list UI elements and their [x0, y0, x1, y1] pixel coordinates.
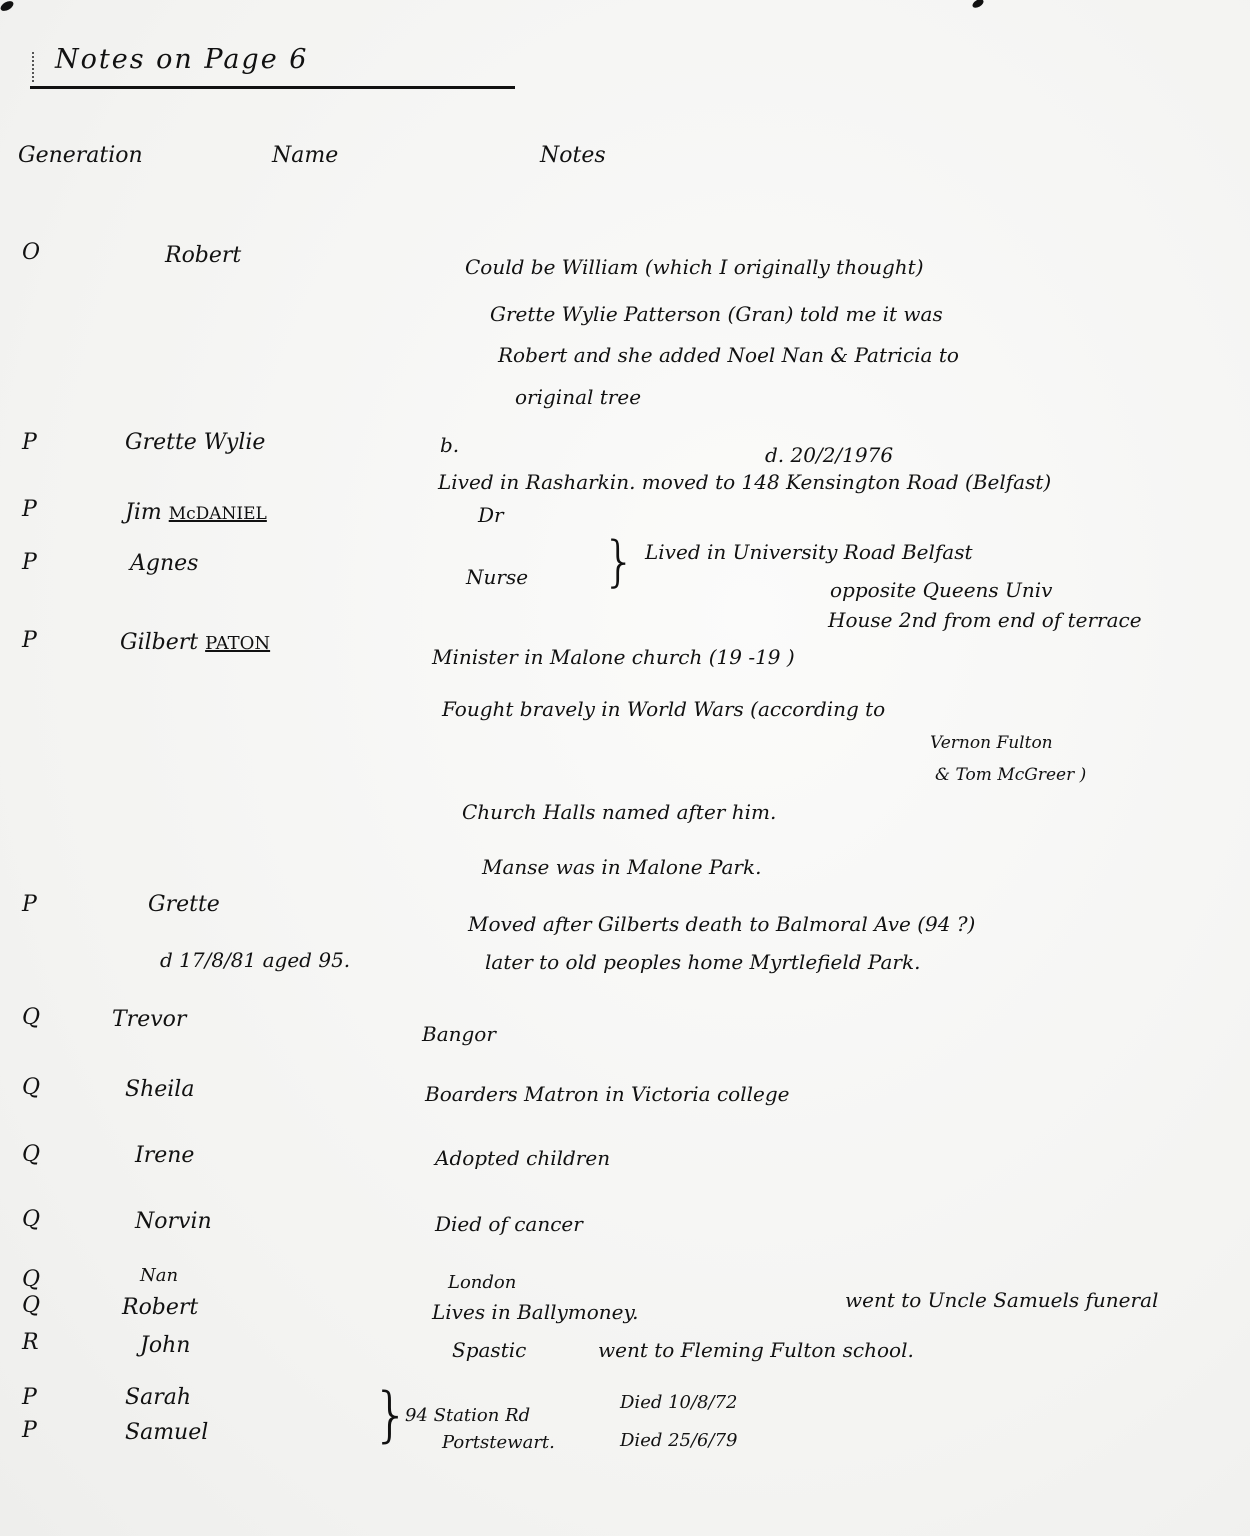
- header-notes: Notes: [540, 143, 606, 168]
- generation-cell: P: [22, 430, 37, 455]
- note-line: Lived in University Road Belfast: [645, 540, 973, 564]
- generation-cell: P: [22, 1385, 37, 1410]
- note-line: went to Uncle Samuels funeral: [845, 1288, 1158, 1312]
- note-line: Bangor: [422, 1022, 496, 1046]
- generation-cell: P: [22, 497, 37, 522]
- note-line: Boarders Matron in Victoria college: [425, 1082, 789, 1106]
- generation-cell: Q: [22, 1207, 40, 1232]
- surname: PATON: [205, 633, 270, 654]
- name-cell: Grette: [148, 892, 220, 917]
- generation-cell: Q: [22, 1293, 40, 1318]
- name-cell: Trevor: [112, 1007, 186, 1032]
- header-generation: Generation: [18, 143, 143, 168]
- header-name: Name: [272, 143, 338, 168]
- note-line: Moved after Gilberts death to Balmoral A…: [468, 912, 975, 936]
- first-name: Gilbert: [120, 630, 198, 655]
- note-line: Could be William (which I originally tho…: [465, 255, 924, 279]
- name-cell: Nan: [140, 1265, 178, 1286]
- note-line: London: [448, 1272, 516, 1293]
- generation-cell: R: [22, 1330, 39, 1355]
- name-cell: Robert: [122, 1295, 198, 1320]
- death-date: Died 10/8/72: [620, 1392, 737, 1413]
- note-line: Manse was in Malone Park.: [482, 855, 761, 879]
- note-line: went to Fleming Fulton school.: [598, 1338, 914, 1362]
- note-line: Robert and she added Noel Nan & Patricia…: [498, 343, 959, 367]
- note-line: Spastic: [452, 1338, 526, 1362]
- note-line: Died of cancer: [435, 1212, 583, 1236]
- name-cell: Jim McDANIEL: [125, 500, 267, 525]
- note-line: original tree: [515, 385, 641, 409]
- generation-cell: P: [22, 1418, 37, 1443]
- note-line: & Tom McGreer ): [935, 765, 1086, 785]
- generation-cell: O: [22, 240, 40, 265]
- page-title: Notes on Page 6: [55, 44, 308, 75]
- first-name: Jim: [125, 500, 162, 525]
- note-line: Lived in Rasharkin. moved to 148 Kensing…: [438, 470, 1051, 494]
- brace-symbol: }: [602, 530, 636, 593]
- title-underline: [30, 86, 515, 89]
- name-cell: Grette Wylie: [125, 430, 265, 455]
- death-date: Died 25/6/79: [620, 1430, 737, 1451]
- name-cell: Norvin: [135, 1209, 212, 1234]
- note-line: Church Halls named after him.: [462, 800, 776, 824]
- note-line: Grette Wylie Patterson (Gran) told me it…: [490, 302, 943, 326]
- note-line: Nurse: [466, 565, 528, 589]
- name-cell: Gilbert PATON: [120, 630, 270, 655]
- note-line: Minister in Malone church (19 -19 ): [432, 645, 795, 669]
- note-line: Adopted children: [435, 1146, 610, 1170]
- address-line: 94 Station Rd: [405, 1405, 530, 1426]
- note-line: Lives in Ballymoney.: [432, 1300, 639, 1324]
- surname: McDANIEL: [169, 504, 267, 524]
- note-line: Vernon Fulton: [930, 733, 1053, 753]
- note-line: later to old peoples home Myrtlefield Pa…: [485, 950, 920, 974]
- generation-cell: P: [22, 892, 37, 917]
- death-age-note: d 17/8/81 aged 95.: [160, 948, 350, 972]
- name-cell: Sarah: [125, 1385, 191, 1410]
- death-note: d. 20/2/1976: [765, 443, 893, 467]
- address-line: Portstewart.: [442, 1432, 555, 1453]
- note-line: Dr: [478, 503, 504, 527]
- note-line: Fought bravely in World Wars (according …: [442, 697, 885, 721]
- note-line: opposite Queens Univ: [830, 578, 1052, 602]
- generation-cell: Q: [22, 1142, 40, 1167]
- name-cell: Sheila: [125, 1077, 194, 1102]
- birth-note: b.: [440, 433, 459, 457]
- generation-cell: P: [22, 628, 37, 653]
- generation-cell: Q: [22, 1075, 40, 1100]
- name-cell: Samuel: [125, 1420, 208, 1445]
- generation-cell: P: [22, 550, 37, 575]
- generation-cell: Q: [22, 1267, 40, 1292]
- name-cell: Irene: [135, 1143, 194, 1168]
- name-cell: Agnes: [130, 551, 198, 576]
- generation-cell: Q: [22, 1005, 40, 1030]
- name-cell: Robert: [165, 243, 241, 268]
- name-cell: John: [140, 1333, 190, 1358]
- margin-mark: [32, 52, 35, 82]
- note-line: House 2nd from end of terrace: [828, 608, 1142, 632]
